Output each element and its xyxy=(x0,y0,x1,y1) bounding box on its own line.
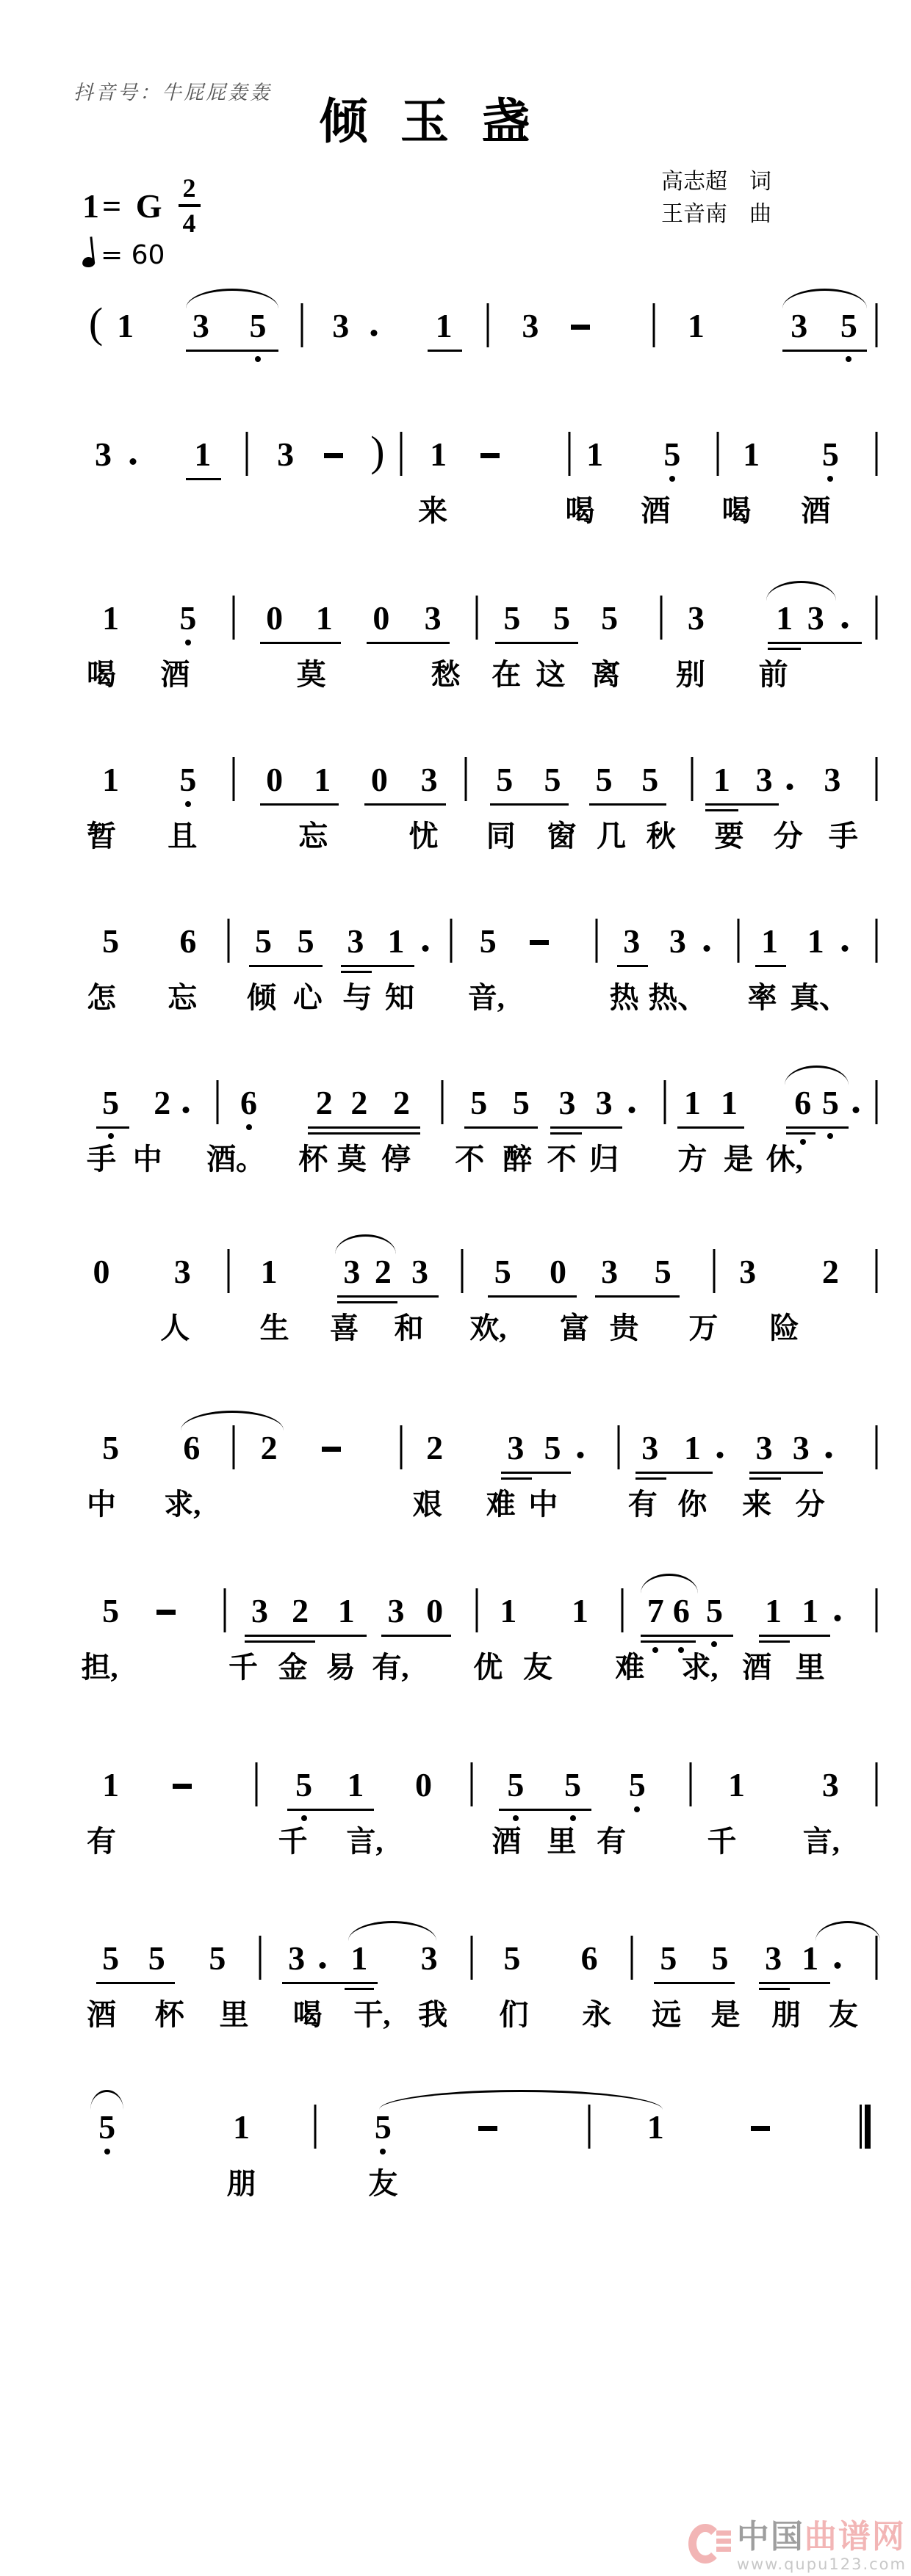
beam-underline xyxy=(501,1472,571,1474)
note-number: 5 xyxy=(494,1255,511,1289)
lyric-char: 不 xyxy=(547,1143,576,1176)
note-number: 1 xyxy=(684,1086,701,1120)
note-number: 5 xyxy=(706,1594,723,1628)
beam-underline xyxy=(782,350,867,352)
music-system: 5622353133中求,艰难中有你来分 xyxy=(87,1411,887,1546)
note-number: 2 xyxy=(822,1255,839,1289)
beam-underline xyxy=(186,478,221,480)
barline xyxy=(875,303,877,347)
barline xyxy=(652,303,655,347)
augmentation-dot xyxy=(842,945,849,952)
note-number: 1 xyxy=(102,1768,119,1802)
lyric-char: 和 xyxy=(395,1312,424,1345)
note-number: 1 xyxy=(721,1086,738,1120)
lyric-char: 富 xyxy=(560,1312,589,1345)
slur-arc xyxy=(181,1411,284,1430)
lyric-char: 忧 xyxy=(409,820,439,853)
augmentation-dot xyxy=(853,1107,860,1113)
beam-underline xyxy=(464,1126,538,1129)
beam-underline-2 xyxy=(550,1132,582,1135)
lyric-char: 率 xyxy=(748,982,777,1014)
beam-underline xyxy=(337,1295,439,1298)
barline xyxy=(259,1936,261,1980)
note-number: 0 xyxy=(372,601,389,635)
lyric-char: 酒 xyxy=(641,495,670,527)
music-system: 5321301176511担,千金易有,优友难求,酒里 xyxy=(87,1574,887,1710)
note-number: 3 xyxy=(596,1086,613,1120)
note-number: 0 xyxy=(426,1594,443,1628)
beam-underline-2 xyxy=(641,1640,696,1643)
low-octave-dot xyxy=(827,476,833,482)
note-number: 0 xyxy=(266,601,283,635)
barline xyxy=(618,1425,620,1469)
lyric-char: 酒 xyxy=(160,659,190,691)
beam-underline xyxy=(249,965,323,967)
augmentation-dot xyxy=(183,1107,190,1113)
low-octave-dot xyxy=(652,1647,658,1653)
note-number: 5 xyxy=(179,763,196,797)
barline xyxy=(216,1080,218,1124)
lyric-char: 倾 xyxy=(247,982,276,1014)
low-octave-dot xyxy=(513,1815,519,1821)
note-number: 2 xyxy=(375,1255,392,1289)
note-number: 3 xyxy=(421,763,438,797)
augmentation-dot xyxy=(577,1452,583,1458)
lyric-char: 生 xyxy=(260,1312,289,1345)
beam-underline xyxy=(550,1126,622,1129)
note-number: 5 xyxy=(250,309,267,343)
barline xyxy=(568,432,570,476)
barline xyxy=(875,919,877,963)
note-number: 1 xyxy=(338,1594,355,1628)
note-number: 3 xyxy=(601,1255,618,1289)
beam-underline-2 xyxy=(337,1301,398,1303)
low-octave-dot xyxy=(846,356,851,362)
note-number: 5 xyxy=(102,1942,119,1975)
barline xyxy=(738,919,740,963)
duration-dash xyxy=(480,453,500,458)
slur-arc xyxy=(815,1921,880,1941)
note-number: 5 xyxy=(102,1431,119,1465)
barline xyxy=(227,1249,229,1293)
beam-underline xyxy=(759,1635,831,1637)
note-number: 5 xyxy=(298,925,314,958)
lyric-char: 永 xyxy=(582,1999,611,2031)
note-number: 2 xyxy=(316,1086,333,1120)
beam-underline-2 xyxy=(768,648,801,650)
lyric-char: 喜 xyxy=(330,1312,359,1345)
note-number: 2 xyxy=(154,1086,170,1120)
barline xyxy=(314,2105,316,2149)
lyric-char: 热 xyxy=(610,982,639,1014)
beam-underline xyxy=(245,1635,366,1637)
note-number: 3 xyxy=(756,763,773,797)
barline xyxy=(596,919,598,963)
duration-dash xyxy=(478,2126,497,2131)
note-number: 3 xyxy=(507,1431,524,1465)
note-number: 5 xyxy=(711,1942,728,1975)
beam-underline xyxy=(260,803,339,806)
lyric-char: 忘 xyxy=(298,820,328,853)
note-number: 2 xyxy=(292,1594,309,1628)
lyric-char: 别 xyxy=(676,659,705,691)
lyric-char: 喝 xyxy=(293,1999,323,2031)
note-number: 1 xyxy=(261,1255,278,1289)
music-system: 151055513有千言,酒里有千言, xyxy=(87,1748,887,1884)
lyric-char: 分 xyxy=(796,1488,825,1521)
lyric-char: 喝 xyxy=(87,659,116,691)
beam-underline xyxy=(768,642,862,644)
lyric-char: 怎 xyxy=(87,982,116,1014)
lyric-char: 友 xyxy=(523,1651,552,1684)
beam-underline-2 xyxy=(345,1988,374,1990)
lyric-char: 言, xyxy=(346,1826,383,1858)
lyric-char: 真、 xyxy=(790,982,849,1014)
note-number: 5 xyxy=(102,1086,119,1120)
lyric-char: 愁 xyxy=(431,659,461,691)
score: (135313135313)11515来喝酒喝酒150103555313喝酒莫愁… xyxy=(0,0,911,2576)
beam-underline xyxy=(595,1295,680,1298)
note-number: 1 xyxy=(194,438,211,471)
beam-underline xyxy=(677,1126,743,1129)
lyric-char: 音, xyxy=(468,982,505,1014)
lyric-char: 求, xyxy=(164,1488,201,1521)
low-octave-dot xyxy=(108,1133,114,1139)
note-number: 5 xyxy=(507,1768,524,1802)
augmentation-dot xyxy=(842,622,849,629)
watermark: 中国曲谱网 www.qupu123.com xyxy=(688,2521,907,2573)
note-number: 1 xyxy=(347,1768,364,1802)
note-number: 5 xyxy=(663,438,680,471)
lyric-char: 中 xyxy=(87,1488,116,1521)
note-number: 3 xyxy=(791,309,807,343)
lyric-char: 中 xyxy=(528,1488,558,1521)
lyric-char: 有 xyxy=(87,1826,116,1858)
beam-underline-2 xyxy=(759,1640,791,1643)
note-number: 0 xyxy=(415,1768,432,1802)
note-number: 5 xyxy=(470,1086,487,1120)
lyric-char: 来 xyxy=(742,1488,771,1521)
lyric-char: 方 xyxy=(677,1143,707,1176)
slur-arc xyxy=(785,1066,849,1085)
barline xyxy=(691,757,694,801)
note-number: 2 xyxy=(426,1431,443,1465)
slur-arc xyxy=(186,289,278,308)
lyric-char: 难 xyxy=(615,1651,644,1684)
note-number: 1 xyxy=(765,1594,782,1628)
note-number: 3 xyxy=(765,1942,782,1975)
lyric-char: 暂 xyxy=(87,820,116,853)
lyric-char: 喝 xyxy=(566,495,595,527)
lyric-char: 千 xyxy=(278,1826,308,1858)
note-number: 1 xyxy=(314,763,331,797)
low-octave-dot xyxy=(104,2149,110,2154)
watermark-site-name-gray: 中国 xyxy=(737,2519,804,2555)
augmentation-dot xyxy=(704,945,710,952)
note-number: 3 xyxy=(793,1431,810,1465)
note-number: 5 xyxy=(503,1942,520,1975)
note-number: 3 xyxy=(288,1942,305,1975)
lyric-char: 醉 xyxy=(503,1143,532,1176)
note-number: 3 xyxy=(251,1594,268,1628)
beam-underline xyxy=(705,803,779,806)
barline xyxy=(875,432,877,476)
note-number: 3 xyxy=(669,925,686,958)
barline xyxy=(476,1588,478,1632)
note-number: 3 xyxy=(421,1942,438,1975)
barline xyxy=(301,303,303,347)
barline xyxy=(476,596,478,640)
augmentation-dot xyxy=(370,330,377,336)
lyric-char: 金 xyxy=(278,1651,308,1684)
lyric-char: 杯 xyxy=(298,1143,328,1176)
note-number: 3 xyxy=(688,601,705,635)
note-number: 6 xyxy=(183,1431,200,1465)
note-number: 1 xyxy=(743,438,760,471)
beam-underline xyxy=(641,1635,732,1637)
lyric-char: 几 xyxy=(597,820,626,853)
note-number: 0 xyxy=(93,1255,110,1289)
note-number: 3 xyxy=(807,601,824,635)
lyric-char: 我 xyxy=(418,1999,447,2031)
barline xyxy=(663,1080,666,1124)
slur-arc xyxy=(348,1921,436,1941)
lyric-char: 你 xyxy=(677,1488,707,1521)
barline xyxy=(630,1936,633,1980)
augmentation-dot xyxy=(628,1107,635,1113)
barline xyxy=(875,1425,877,1469)
lyric-char: 停 xyxy=(381,1143,411,1176)
note-number: 5 xyxy=(564,1768,581,1802)
note-number: 3 xyxy=(641,1431,658,1465)
barline xyxy=(717,432,719,476)
note-number: 1 xyxy=(807,925,824,958)
beam-underline xyxy=(96,1982,176,1984)
note-number: 1 xyxy=(436,309,453,343)
note-number: 5 xyxy=(840,309,857,343)
lyric-char: 难 xyxy=(486,1488,516,1521)
barline xyxy=(470,1762,472,1806)
slur-arc xyxy=(766,581,836,601)
lyric-char: 担, xyxy=(82,1651,118,1684)
music-system: 56553153311怎忘倾心与知音,热热、率真、 xyxy=(87,904,887,1040)
note-number: 1 xyxy=(117,309,134,343)
note-number: 5 xyxy=(641,763,658,797)
augmentation-dot xyxy=(716,1452,723,1458)
note-number: 1 xyxy=(802,1942,818,1975)
lyric-char: 心 xyxy=(293,982,323,1014)
note-number: 5 xyxy=(601,601,618,635)
watermark-url: www.qupu123.com xyxy=(737,2555,907,2573)
slur-arc xyxy=(90,2090,123,2110)
music-system: 52622255331165手中酒。杯莫停不醉不归方是休, xyxy=(87,1066,887,1201)
note-number: 3 xyxy=(343,1255,360,1289)
barline xyxy=(875,1762,877,1806)
lyric-char: 手 xyxy=(829,820,858,853)
note-number: 1 xyxy=(430,438,447,471)
note-number: 1 xyxy=(713,763,730,797)
beam-underline xyxy=(308,1126,420,1129)
lyric-char: 优 xyxy=(473,1651,503,1684)
note-number: 3 xyxy=(277,438,294,471)
lyric-char: 且 xyxy=(168,820,197,853)
note-number: 5 xyxy=(655,1255,671,1289)
duration-dash xyxy=(173,1784,192,1789)
lyric-char: 欢, xyxy=(469,1312,506,1345)
lyric-char: 在 xyxy=(491,659,521,691)
music-system: 5151朋友 xyxy=(87,2090,887,2226)
note-number: 3 xyxy=(623,925,640,958)
note-number: 2 xyxy=(393,1086,410,1120)
note-number: 1 xyxy=(316,601,333,635)
note-number: 1 xyxy=(102,763,119,797)
note-number: 3 xyxy=(95,438,112,471)
beam-underline xyxy=(589,803,666,806)
lyric-char: 酒 xyxy=(801,495,830,527)
augmentation-dot xyxy=(129,458,136,465)
note-number: 1 xyxy=(802,1594,818,1628)
barline xyxy=(660,596,662,640)
lyric-char: 千 xyxy=(707,1826,736,1858)
note-number: 5 xyxy=(480,925,497,958)
slur-arc xyxy=(641,1574,698,1593)
low-octave-dot xyxy=(380,2149,386,2154)
lyric-char: 酒 xyxy=(491,1826,521,1858)
lyric-char: 干, xyxy=(353,1999,390,2031)
beam-underline xyxy=(282,1982,378,1984)
lyric-char: 离 xyxy=(591,659,621,691)
note-number: 1 xyxy=(102,601,119,635)
note-number: 5 xyxy=(513,1086,530,1120)
note-number: 5 xyxy=(98,2110,115,2144)
beam-underline xyxy=(749,1472,823,1474)
music-system: 031323503532人生喜和欢,富贵万险 xyxy=(87,1234,887,1370)
duration-dash xyxy=(322,1447,341,1452)
lyric-char: 酒。 xyxy=(206,1143,265,1176)
lyric-char: 休, xyxy=(766,1143,803,1176)
note-number: 3 xyxy=(411,1255,428,1289)
low-octave-dot xyxy=(185,801,191,807)
note-number: 3 xyxy=(347,925,364,958)
beam-underline xyxy=(759,1982,831,1984)
augmentation-dot xyxy=(835,1962,841,1969)
beam-underline xyxy=(654,1982,735,1984)
note-number: 5 xyxy=(102,1594,119,1628)
barline xyxy=(246,432,248,476)
beam-underline xyxy=(786,1126,849,1129)
lyric-char: 是 xyxy=(710,1999,740,2031)
lyric-char: 有 xyxy=(597,1826,626,1858)
barline xyxy=(689,1762,691,1806)
beam-underline-2 xyxy=(759,1988,791,1990)
lyric-char: 这 xyxy=(536,659,565,691)
low-octave-dot xyxy=(634,1806,640,1812)
lyric-char: 忘 xyxy=(168,982,197,1014)
note-number: 0 xyxy=(266,763,283,797)
note-number: 5 xyxy=(179,601,196,635)
barline xyxy=(450,919,453,963)
beam-underline xyxy=(260,642,341,644)
augmentation-dot xyxy=(422,945,429,952)
lyric-char: 远 xyxy=(652,1999,681,2031)
note-number: 5 xyxy=(375,2110,392,2144)
lyric-char: 求, xyxy=(681,1651,718,1684)
note-number: 6 xyxy=(240,1086,257,1120)
beam-underline-2 xyxy=(705,809,738,811)
beam-underline xyxy=(617,965,649,967)
note-number: 1 xyxy=(761,925,778,958)
lyric-char: 要 xyxy=(715,820,744,853)
barline xyxy=(470,1936,472,1980)
note-number: 3 xyxy=(824,763,840,797)
lyric-char: 友 xyxy=(368,2168,397,2200)
final-barline xyxy=(860,2105,871,2149)
note-number: 7 xyxy=(647,1594,664,1628)
lyric-char: 中 xyxy=(133,1143,162,1176)
barline xyxy=(400,1425,403,1469)
note-number: 3 xyxy=(174,1255,191,1289)
note-number: 5 xyxy=(596,763,613,797)
barline xyxy=(233,1425,235,1469)
lyric-char: 分 xyxy=(774,820,803,853)
lyric-char: 同 xyxy=(486,820,516,853)
augmentation-dot xyxy=(319,1962,325,1969)
note-number: 5 xyxy=(544,763,561,797)
note-number: 6 xyxy=(581,1942,598,1975)
note-number: 5 xyxy=(822,1086,839,1120)
note-number: 1 xyxy=(350,1942,367,1975)
parenthesis: ( xyxy=(89,302,103,344)
note-number: 3 xyxy=(756,1431,773,1465)
lyric-char: 万 xyxy=(688,1312,718,1345)
note-number: 3 xyxy=(192,309,209,343)
barline xyxy=(487,303,489,347)
note-number: 2 xyxy=(261,1431,278,1465)
lyric-char: 有, xyxy=(372,1651,408,1684)
music-system: 1501035555133暂且忘忧同窗几秋要分手 xyxy=(87,742,887,878)
lyric-char: 秋 xyxy=(647,820,676,853)
note-number: 1 xyxy=(233,2110,250,2144)
slur-arc xyxy=(782,289,867,308)
note-number: 3 xyxy=(425,601,442,635)
note-number: 5 xyxy=(102,925,119,958)
barline xyxy=(588,2105,591,2149)
beam-underline-2 xyxy=(341,971,372,973)
lyric-char: 手 xyxy=(87,1143,116,1176)
note-number: 1 xyxy=(684,1431,701,1465)
note-number: 6 xyxy=(179,925,196,958)
low-octave-dot xyxy=(246,1124,252,1130)
note-number: 3 xyxy=(822,1768,839,1802)
lyric-char: 们 xyxy=(499,1999,528,2031)
beam-underline xyxy=(490,803,569,806)
lyric-char: 不 xyxy=(455,1143,484,1176)
note-number: 1 xyxy=(387,925,404,958)
barline xyxy=(875,1588,877,1632)
barline xyxy=(223,1588,226,1632)
beam-underline xyxy=(364,803,445,806)
low-octave-dot xyxy=(301,1815,307,1821)
note-number: 5 xyxy=(544,1431,561,1465)
beam-underline xyxy=(96,1126,129,1129)
beam-underline xyxy=(428,350,463,352)
note-number: 1 xyxy=(500,1594,516,1628)
barline xyxy=(875,757,877,801)
note-number: 5 xyxy=(209,1942,226,1975)
music-system: (135313135 xyxy=(87,289,887,424)
note-number: 5 xyxy=(295,1768,312,1802)
lyric-char: 人 xyxy=(160,1312,190,1345)
